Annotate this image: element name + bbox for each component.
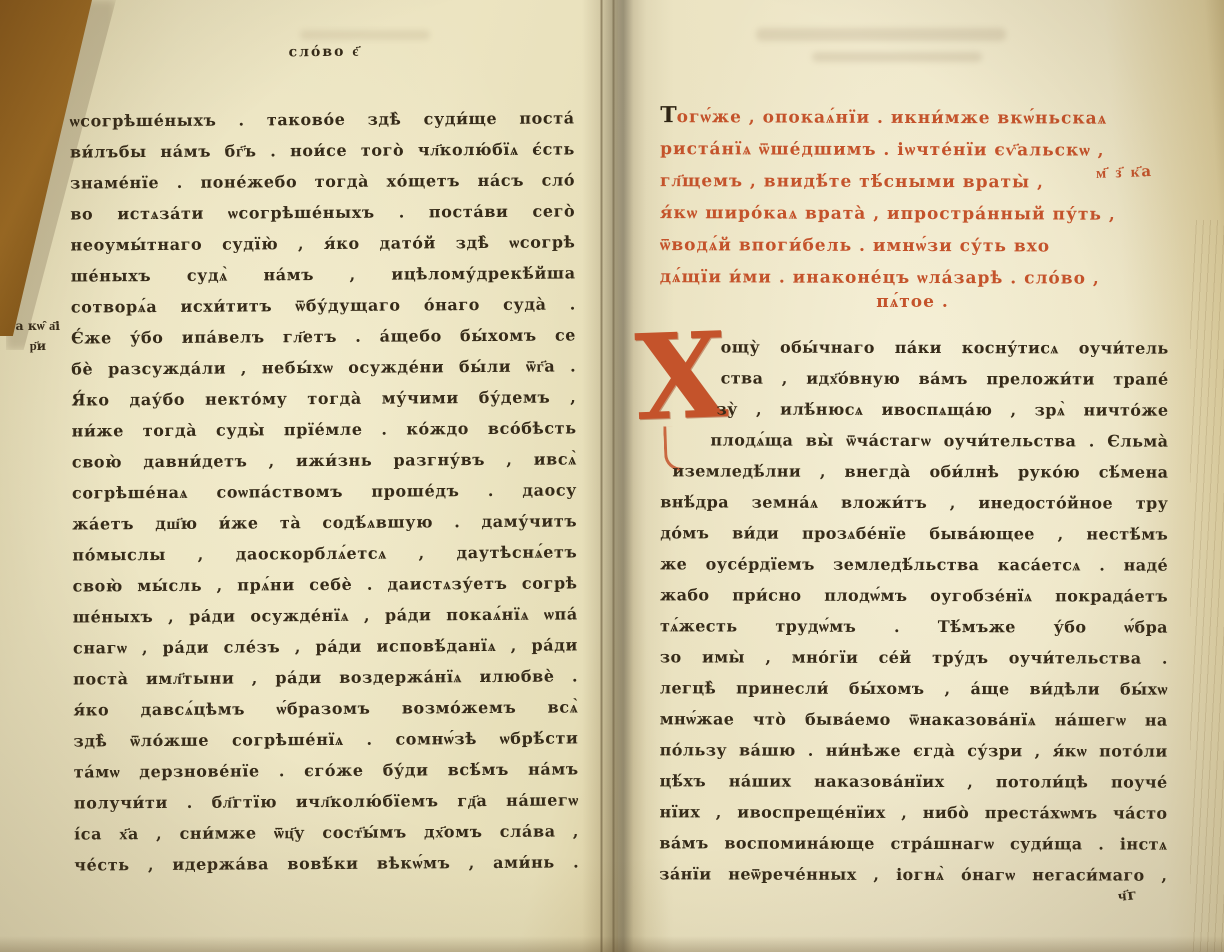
text-line: ви́лъбы на́мъ бг҃ъ . нои́се того̀ чл҃кол… (70, 133, 575, 167)
text-line: же оусе́рдїемъ земледѣ́льства каса́етсѧ … (660, 548, 1168, 580)
text-line: во истѧза́ти ѡсогрѣше́ныхъ . поста́ви се… (70, 195, 575, 229)
text-line: иземледѣ́лни , внегда̀ оби́лнѣ руко́ю сѣ… (660, 455, 1168, 487)
text-line: нїих , ивоспреще́нїих , нибо̀ преста́хѡм… (659, 796, 1167, 828)
text-line: за́нїи неѿрече́нных , іогнѧ̀ о́нагѡ нега… (659, 858, 1167, 890)
text-line: внѣ́дра земна́ѧ вложи́тъ , инедосто́йное… (660, 486, 1168, 518)
ink-showthrough (756, 28, 1006, 41)
text-line: я́ко давсѧ́цѣмъ ѡ́бразомъ возмо́жемъ всѧ… (73, 691, 578, 725)
rubric-line: ѿводѧ́й впоги́бель . имнѡ́зи су́ть вхо (660, 229, 1165, 263)
rubric-heading-block: Тогѡ́же , опокаѧ́нїи . икни́мже вкѡ́ньск… (660, 99, 1166, 295)
margin-citation-line: р҃и (2, 336, 60, 356)
text-line: ощу̀ обы́чнаго па́ки косну́тисѧ оучи́тел… (661, 331, 1169, 363)
text-line: ства , идх҃о́вную ва́мъ преложи́ти трапе… (661, 362, 1169, 394)
text-line: до́мъ ви́ди прозѧбе́нїе быва́ющее , нест… (660, 517, 1168, 549)
text-line: ни́же тогда̀ суды̀ прїе́мле . ко́ждо всо… (72, 412, 577, 446)
text-line: поста̀ имл҃тыни , ра́ди воздержа́нїѧ илю… (73, 660, 578, 694)
text-line: снагѡ , ра́ди сле́зъ , ра́ди исповѣ́данї… (73, 629, 578, 663)
text-line: здѣ̀ ѿло́жше согрѣше́нїѧ . сомнѡ́зѣ ѡбрѣ… (73, 722, 578, 756)
text-line: та́мѡ дерзнове́нїе . єго́же бу́ди всѣ́мъ… (74, 753, 579, 787)
text-line: знаме́нїе . поне́жебо тогда̀ хо́щетъ на́… (70, 164, 575, 198)
rubric-first-line: Тогѡ́же , опокаѧ́нїи . икни́мже вкѡ́ньск… (660, 99, 1165, 135)
bottom-edge-shadow (0, 936, 1224, 952)
text-line: свою̀ мы́сль , прѧ́ни себѐ . даистѧзу́ет… (72, 567, 577, 601)
text-line: сотворѧ́а исхи́титъ ѿбу́дущаго о́наго су… (71, 288, 576, 322)
text-line: получи́ти . бл҃гтїю ичл҃колю́бїемъ гд҃а … (74, 784, 579, 818)
ink-showthrough (300, 30, 430, 40)
text-line: Я́ко дау́бо некто́му тогда̀ му́чими бу́д… (71, 381, 576, 415)
rubric-line: я́кѡ широ́каѧ врата̀ , ипростра́нный пу́… (660, 197, 1165, 231)
margin-citation-left: а кѡ̑ а҃ір҃и (2, 316, 60, 356)
rubric-line: гл҃щемъ , внидѣ́те тѣ́сными враты̀ , (660, 165, 1165, 199)
right-page-text-block: ощу̀ обы́чнаго па́ки косну́тисѧ оучи́тел… (659, 331, 1168, 890)
rubric-line: риста́нїѧ ѿше́дшимъ . іѡчте́нїи єѵ҃альск… (660, 133, 1165, 167)
text-line: ше́ныхъ , ра́ди осужде́нїѧ , ра́ди покаѧ… (73, 598, 578, 632)
text-line: зо имы̀ , мно́гїи се́й тру́дъ оучи́тельс… (660, 641, 1168, 673)
text-line: бѐ разсужда́ли , небы́хѡ осужде́ни бы́ли… (71, 350, 576, 384)
text-line: ва́мъ воспомина́юще стра́шнагѡ суди́ща .… (659, 827, 1167, 859)
text-line: жабо при́сно плодѡ́мъ оугобзе́нїѧ покрад… (660, 579, 1168, 611)
text-line: свою̀ давни́детъ , ижи́знь разгну́въ , и… (72, 443, 577, 477)
page-stack-edges (1190, 220, 1224, 952)
text-line: плодѧ́ща вы̀ ѿча́стагѡ оучи́тельства . Є… (660, 424, 1168, 456)
text-line: ѡсогрѣше́ныхъ . таково́е здѣ̀ суди́ще по… (70, 102, 575, 136)
text-line: по́мыслы , даоскорблѧ́етсѧ , даутѣснѧ́ет… (72, 536, 577, 570)
folio-mark: ч҃г (1117, 885, 1139, 906)
text-line: че́сть , идержа́ва вовѣ́ки вѣкѡ́мъ , ами… (74, 846, 579, 880)
book-spread-scan: сло́во є҃ а кѡ̑ а҃ір҃и ѡсогрѣше́ныхъ . т… (0, 0, 1224, 952)
text-line: ше́ныхъ судѧ̀ на́мъ , ицѣлому́дрекѣ́йша (71, 257, 576, 291)
text-line: жа́етъ дш҃ю и́же та̀ содѣ́ѧвшую . даму́ч… (72, 505, 577, 539)
text-line: цѣ́хъ на́ших наказова́нїих , потоли́цѣ п… (660, 765, 1168, 797)
rubric-line: дѧ́щїи и́ми . инаконе́цъ ѡла́зарѣ . сло́… (660, 261, 1165, 295)
margin-citation-right: м҃ з҃ к҃а (1096, 162, 1154, 183)
rubric-first-line-text: огѡ́же , опокаѧ́нїи . икни́мже вкѡ́ньска… (677, 107, 1108, 129)
text-line: Є́же у́бо ипа́велъ гл҃етъ . а́щебо бы́хо… (71, 319, 576, 353)
text-line: по́льзу ва́шю . ни́нѣже єгда̀ су́зри , я… (660, 734, 1168, 766)
ink-showthrough (812, 52, 982, 62)
text-line: согрѣше́наѧ соѡпа́ствомъ проше́дъ . даос… (72, 474, 577, 508)
rubric-closing-line: пѧ́тое . (660, 292, 1165, 312)
rubric-initial-letter: Т (660, 102, 676, 128)
rubric-lines: риста́нїѧ ѿше́дшимъ . іѡчте́нїи єѵ҃альск… (660, 133, 1166, 295)
margin-citation-line: а кѡ̑ а҃і (2, 316, 60, 336)
text-line: мнѡ́жае что̀ быва́емо ѿнаказова́нїѧ на́ш… (660, 703, 1168, 735)
text-line: і́са х҃а , сни́мже ѿц҃у сост҃ы́мъ дх҃омъ… (74, 815, 579, 849)
left-page-text-block: ѡсогрѣше́ныхъ . таково́е здѣ̀ суди́ще по… (70, 102, 580, 880)
text-line: неоумы́тнаго судїю̀ , я́ко дато́й здѣ̀ ѡ… (70, 226, 575, 260)
text-line: тѧ́жесть трудѡ́мъ . Тѣ́мъже у́бо ѡ́бра (660, 610, 1168, 642)
text-line: зу̀ , илѣ́нюсѧ ивоспѧща́ю , зрѧ̀ ничто́ж… (660, 393, 1168, 425)
text-line: легцѣ̀ принесли́ бы́хомъ , а́ще ви́дѣли … (660, 672, 1168, 704)
